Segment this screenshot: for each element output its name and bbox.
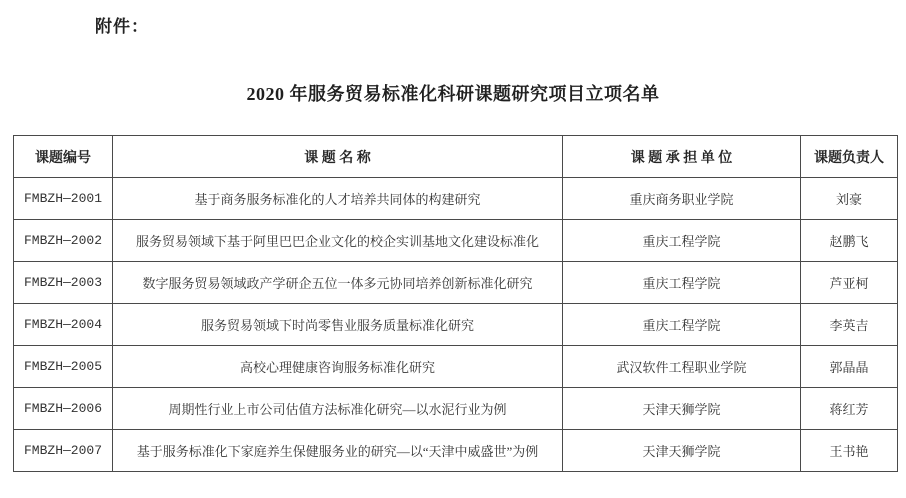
table-row: FMBZH—2002 服务贸易领域下基于阿里巴巴企业文化的校企实训基地文化建设标… [14,220,898,262]
table-row: FMBZH—2007 基于服务标准化下家庭养生保健服务业的研究—以“天津中威盛世… [14,430,898,472]
table-row: FMBZH—2005 高校心理健康咨询服务标准化研究 武汉软件工程职业学院 郭晶… [14,346,898,388]
projects-table-container: 课题编号 课 题 名 称 课 题 承 担 单 位 课题负责人 FMBZH—200… [13,135,897,472]
project-name-cell: 基于服务标准化下家庭养生保健服务业的研究—以“天津中威盛世”为例 [113,430,563,472]
project-id-cell: FMBZH—2005 [14,346,113,388]
page-title: 2020 年服务贸易标准化科研课题研究项目立项名单 [0,80,906,106]
project-leader-cell: 芦亚柯 [801,262,898,304]
project-unit-cell: 武汉软件工程职业学院 [563,346,801,388]
project-name-cell: 周期性行业上市公司估值方法标准化研究—以水泥行业为例 [113,388,563,430]
column-header-project-leader: 课题负责人 [801,136,898,178]
table-row: FMBZH—2001 基于商务服务标准化的人才培养共同体的构建研究 重庆商务职业… [14,178,898,220]
project-id-cell: FMBZH—2003 [14,262,113,304]
project-leader-cell: 王书艳 [801,430,898,472]
project-id-cell: FMBZH—2007 [14,430,113,472]
project-id-cell: FMBZH—2002 [14,220,113,262]
project-leader-cell: 蒋红芳 [801,388,898,430]
project-leader-cell: 李英吉 [801,304,898,346]
table-row: FMBZH—2003 数字服务贸易领域政产学研企五位一体多元协同培养创新标准化研… [14,262,898,304]
table-row: FMBZH—2006 周期性行业上市公司估值方法标准化研究—以水泥行业为例 天津… [14,388,898,430]
column-header-project-id: 课题编号 [14,136,113,178]
project-name-cell: 服务贸易领域下基于阿里巴巴企业文化的校企实训基地文化建设标准化 [113,220,563,262]
project-unit-cell: 重庆工程学院 [563,220,801,262]
project-leader-cell: 刘豪 [801,178,898,220]
project-unit-cell: 天津天狮学院 [563,430,801,472]
project-id-cell: FMBZH—2006 [14,388,113,430]
project-leader-cell: 赵鹏飞 [801,220,898,262]
projects-table: 课题编号 课 题 名 称 课 题 承 担 单 位 课题负责人 FMBZH—200… [13,135,898,472]
project-unit-cell: 重庆工程学院 [563,262,801,304]
project-name-cell: 基于商务服务标准化的人才培养共同体的构建研究 [113,178,563,220]
column-header-project-unit: 课 题 承 担 单 位 [563,136,801,178]
table-header: 课题编号 课 题 名 称 课 题 承 担 单 位 课题负责人 [14,136,898,178]
column-header-project-name: 课 题 名 称 [113,136,563,178]
project-unit-cell: 重庆工程学院 [563,304,801,346]
project-name-cell: 高校心理健康咨询服务标准化研究 [113,346,563,388]
table-row: FMBZH—2004 服务贸易领域下时尚零售业服务质量标准化研究 重庆工程学院 … [14,304,898,346]
table-body: FMBZH—2001 基于商务服务标准化的人才培养共同体的构建研究 重庆商务职业… [14,178,898,472]
project-unit-cell: 重庆商务职业学院 [563,178,801,220]
header-row: 课题编号 课 题 名 称 课 题 承 担 单 位 课题负责人 [14,136,898,178]
project-name-cell: 数字服务贸易领域政产学研企五位一体多元协同培养创新标准化研究 [113,262,563,304]
project-id-cell: FMBZH—2001 [14,178,113,220]
project-leader-cell: 郭晶晶 [801,346,898,388]
project-name-cell: 服务贸易领域下时尚零售业服务质量标准化研究 [113,304,563,346]
project-unit-cell: 天津天狮学院 [563,388,801,430]
project-id-cell: FMBZH—2004 [14,304,113,346]
attachment-label: 附件： [95,12,149,37]
